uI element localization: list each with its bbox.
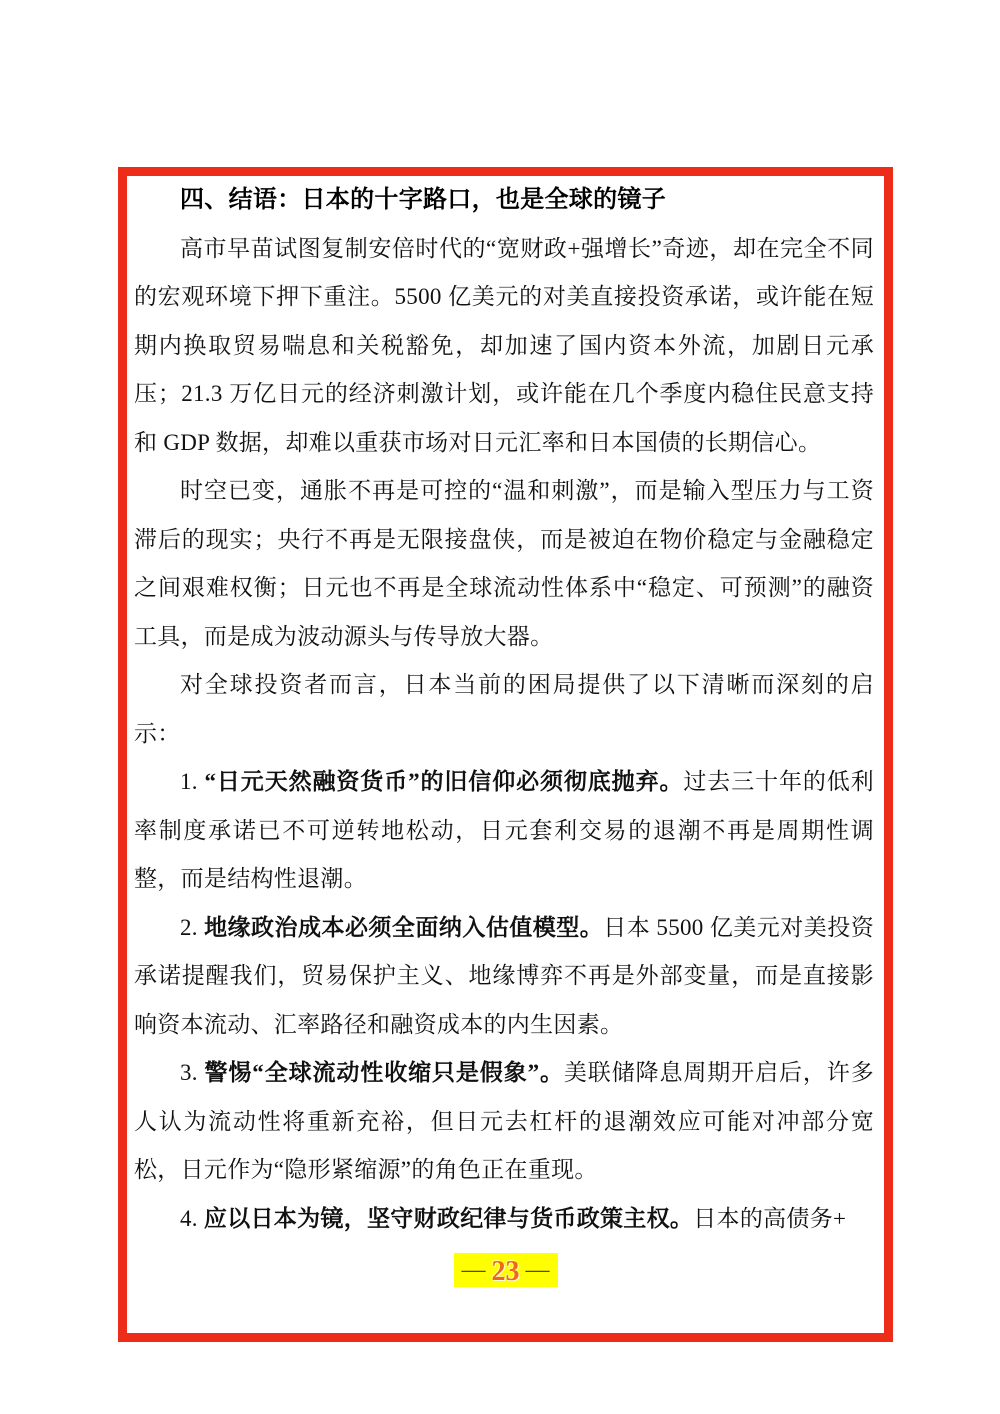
list-item-number: 3.: [180, 1060, 205, 1085]
list-item-number: 1.: [180, 769, 205, 794]
paragraph: 高市早苗试图复制安倍时代的“宽财政+强增长”奇迹，却在完全不同的宏观环境下押下重…: [134, 225, 874, 468]
list-item-1: 1. “日元天然融资货币”的旧信仰必须彻底抛弃。过去三十年的低利率制度承诺已不可…: [134, 758, 874, 904]
list-item-4: 4. 应以日本为镜，坚守财政纪律与货币政策主权。日本的高债务+: [134, 1195, 874, 1244]
document-page: 四、结语：日本的十字路口，也是全球的镜子 高市早苗试图复制安倍时代的“宽财政+强…: [0, 0, 1000, 1414]
list-item-lead: “日元天然融资货币”的旧信仰必须彻底抛弃。: [205, 769, 684, 794]
text-content: 四、结语：日本的十字路口，也是全球的镜子 高市早苗试图复制安倍时代的“宽财政+强…: [134, 176, 874, 1243]
list-item-number: 4.: [180, 1206, 204, 1231]
paragraph: 对全球投资者而言，日本当前的困局提供了以下清晰而深刻的启示：: [134, 661, 874, 758]
list-item-number: 2.: [180, 915, 204, 940]
list-item-3: 3. 警惕“全球流动性收缩只是假象”。美联储降息周期开启后，许多人认为流动性将重…: [134, 1049, 874, 1195]
list-item-lead: 警惕“全球流动性收缩只是假象”。: [205, 1060, 564, 1085]
list-item-2: 2. 地缘政治成本必须全面纳入估值模型。日本 5500 亿美元对美投资承诺提醒我…: [134, 904, 874, 1050]
paragraph: 时空已变，通胀不再是可控的“温和刺激”，而是输入型压力与工资滞后的现实；央行不再…: [134, 467, 874, 661]
red-border-frame: 四、结语：日本的十字路口，也是全球的镜子 高市早苗试图复制安倍时代的“宽财政+强…: [118, 167, 893, 1342]
page-number-highlight: —23—: [454, 1253, 558, 1287]
footer-right-dash: —: [526, 1257, 550, 1283]
footer-left-dash: —: [462, 1257, 486, 1283]
list-item-rest: 日本的高债务+: [693, 1206, 846, 1231]
list-item-lead: 应以日本为镜，坚守财政纪律与货币政策主权。: [204, 1206, 693, 1231]
page-footer: —23—: [127, 1253, 884, 1287]
list-item-lead: 地缘政治成本必须全面纳入估值模型。: [204, 915, 603, 940]
page-number: 23: [492, 1256, 520, 1287]
section-heading: 四、结语：日本的十字路口，也是全球的镜子: [134, 176, 874, 225]
